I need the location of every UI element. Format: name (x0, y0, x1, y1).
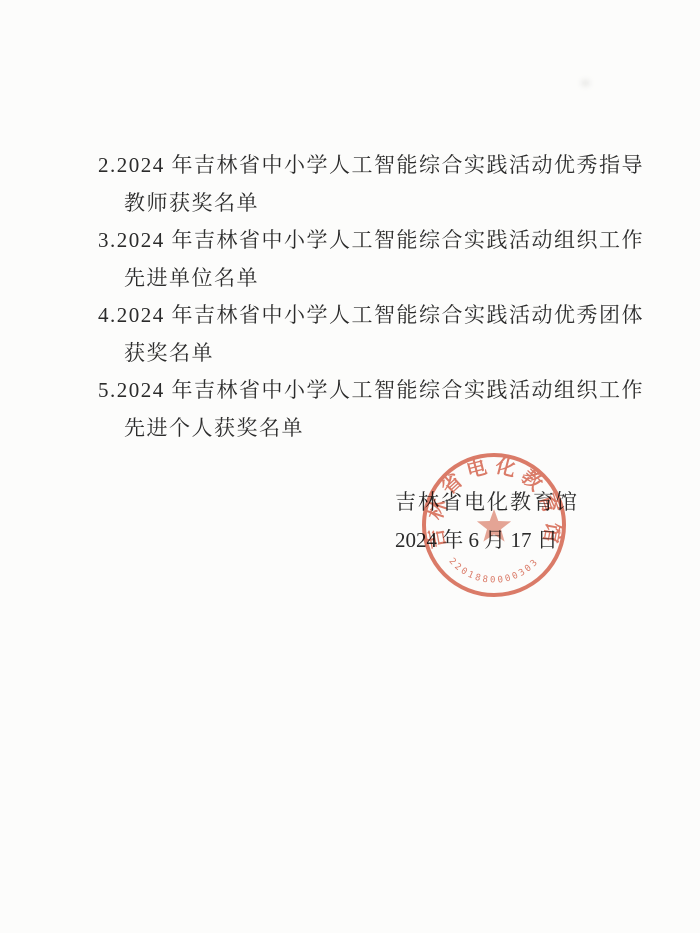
list-item-line2: 获奖名单 (98, 335, 658, 373)
document-page: 2.2024 年吉林省中小学人工智能综合实践活动优秀指导 教师获奖名单 3.20… (0, 0, 700, 933)
list-item-line2: 先进个人获奖名单 (98, 410, 658, 448)
list-item-line2: 先进单位名单 (98, 260, 658, 298)
seal-serial-number: 2201880000303 (447, 556, 542, 585)
list-item-line1: 4.2024 年吉林省中小学人工智能综合实践活动优秀团体 (98, 297, 658, 335)
list-item: 3.2024 年吉林省中小学人工智能综合实践活动组织工作 先进单位名单 (98, 222, 658, 297)
award-list: 2.2024 年吉林省中小学人工智能综合实践活动优秀指导 教师获奖名单 3.20… (98, 147, 658, 447)
list-item-line1: 3.2024 年吉林省中小学人工智能综合实践活动组织工作 (98, 222, 658, 260)
official-seal: 吉林省电化教育馆 2201880000303 (414, 445, 574, 605)
seal-star-icon (477, 509, 511, 542)
seal-arc-text: 吉林省电化教育馆 (422, 453, 566, 551)
list-item-line1: 2.2024 年吉林省中小学人工智能综合实践活动优秀指导 (98, 147, 658, 185)
list-item-line2: 教师获奖名单 (98, 185, 658, 223)
paper-smudge (581, 80, 590, 86)
list-item: 2.2024 年吉林省中小学人工智能综合实践活动优秀指导 教师获奖名单 (98, 147, 658, 222)
list-item: 4.2024 年吉林省中小学人工智能综合实践活动优秀团体 获奖名单 (98, 297, 658, 372)
list-item-line1: 5.2024 年吉林省中小学人工智能综合实践活动组织工作 (98, 372, 658, 410)
list-item: 5.2024 年吉林省中小学人工智能综合实践活动组织工作 先进个人获奖名单 (98, 372, 658, 447)
